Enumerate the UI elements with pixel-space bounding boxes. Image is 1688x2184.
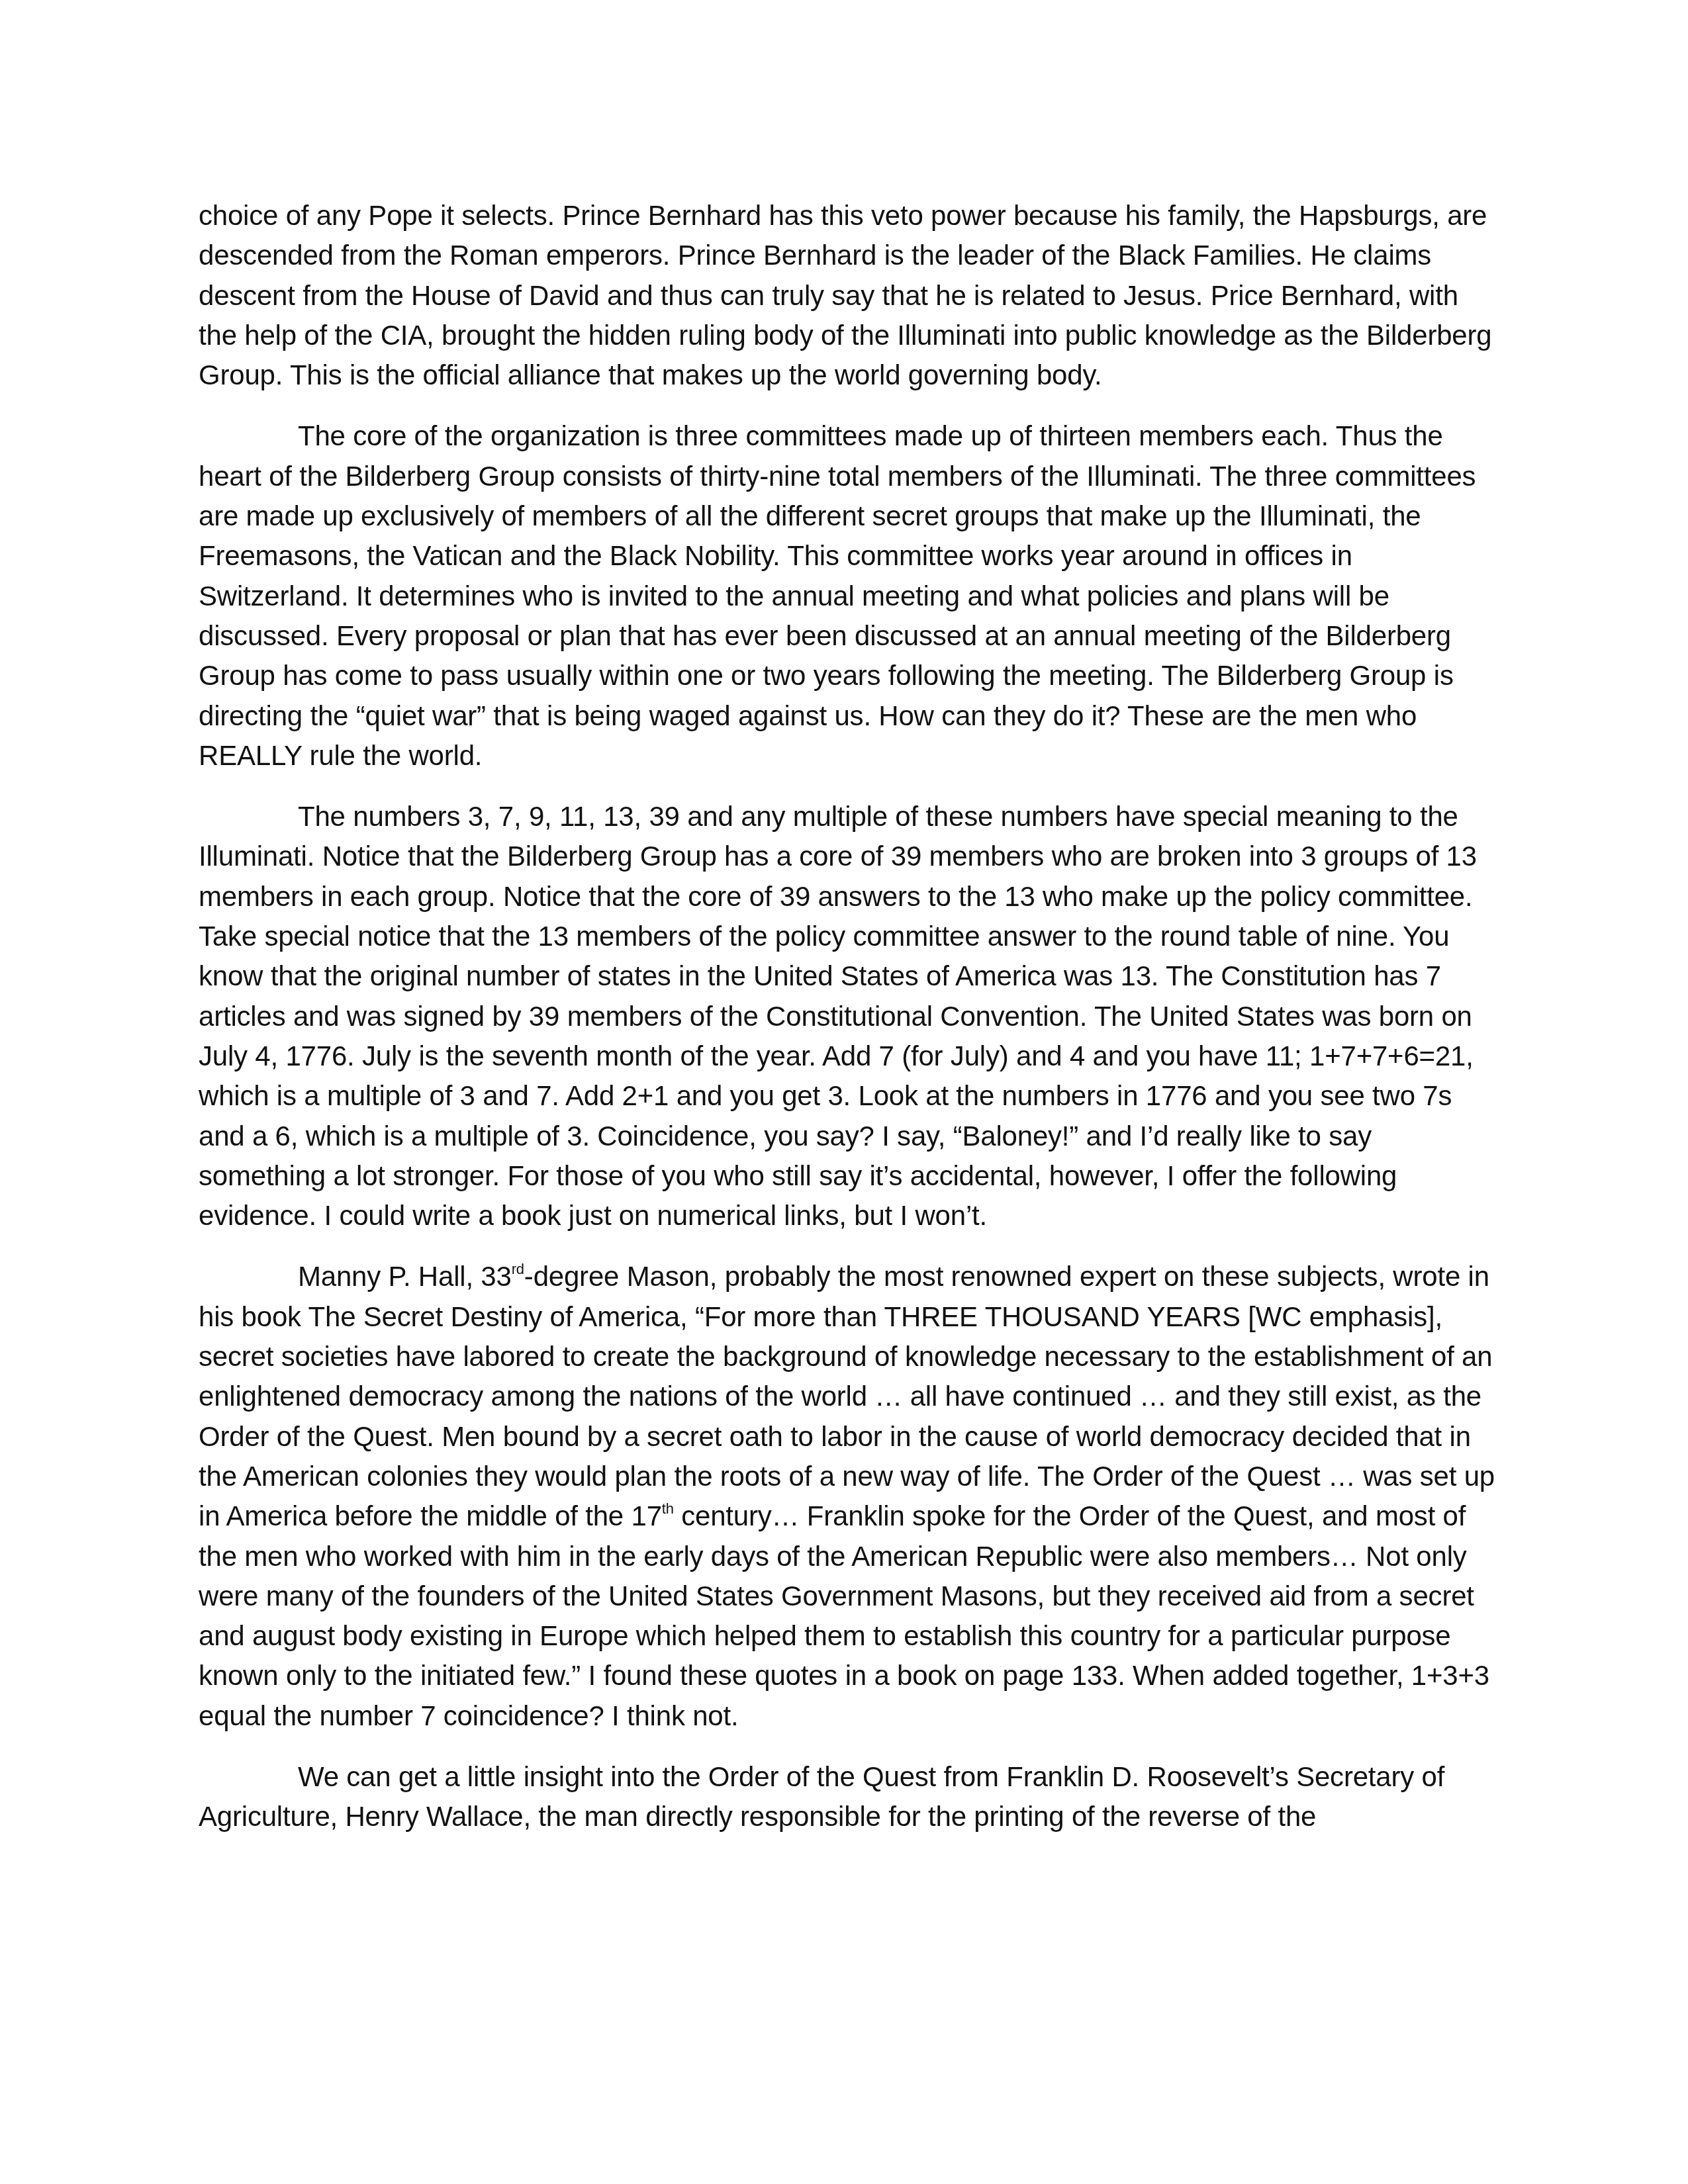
paragraph-text: The core of the organization is three co… bbox=[199, 420, 1483, 770]
paragraph-numbers: The numbers 3, 7, 9, 11, 13, 39 and any … bbox=[199, 797, 1496, 1236]
ordinal-superscript: th bbox=[662, 1500, 674, 1517]
paragraph-manny-hall-quote: Manny P. Hall, 33rd-degree Mason, probab… bbox=[199, 1257, 1496, 1736]
document-page: choice of any Pope it selects. Prince Be… bbox=[199, 196, 1496, 1858]
paragraph-text: choice of any Pope it selects. Prince Be… bbox=[199, 200, 1499, 390]
ordinal-superscript: rd bbox=[512, 1261, 524, 1277]
paragraph-text: -degree Mason, probably the most renowne… bbox=[199, 1261, 1502, 1531]
paragraph-bernhard: choice of any Pope it selects. Prince Be… bbox=[199, 196, 1496, 395]
paragraph-text: We can get a little insight into the Ord… bbox=[199, 1761, 1450, 1832]
paragraph-text: century… Franklin spoke for the Order of… bbox=[199, 1500, 1497, 1731]
paragraph-text: Manny P. Hall, 33 bbox=[298, 1261, 512, 1292]
paragraph-order-of-quest: We can get a little insight into the Ord… bbox=[199, 1757, 1496, 1837]
paragraph-core-committees: The core of the organization is three co… bbox=[199, 416, 1496, 776]
paragraph-text: The numbers 3, 7, 9, 11, 13, 39 and any … bbox=[199, 801, 1484, 1231]
